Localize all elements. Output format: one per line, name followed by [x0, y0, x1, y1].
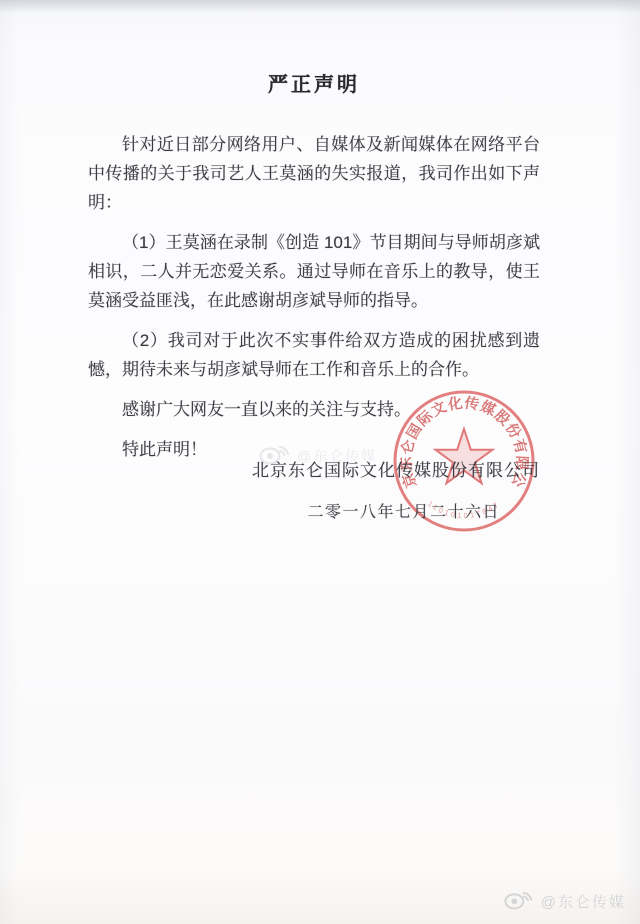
photo-left-shadow [0, 0, 20, 924]
paragraph-intro: 针对近日部分网络用户、自媒体及新闻媒体在网络平台中传播的关于我司艺人王莫涵的失实… [88, 130, 540, 217]
weibo-logo-icon [503, 886, 535, 916]
paragraph-point-1: （1）王莫涵在录制《创造 101》节目期间与导师胡彦斌相识，二人并无恋爱关系。通… [88, 228, 540, 315]
signature-date: 二零一八年七月二十六日 [307, 499, 500, 522]
photo-top-shadow [0, 0, 640, 14]
signature-company-name: 北京东仑国际文化传媒股份有限公司 [252, 456, 540, 481]
statement-document-photo: 严正声明 针对近日部分网络用户、自媒体及新闻媒体在网络平台中传播的关于我司艺人王… [0, 0, 640, 924]
weibo-watermark-corner: @东仑传媒 [503, 886, 626, 916]
statement-title: 严正声明 [0, 68, 628, 97]
photo-right-shadow [614, 0, 640, 924]
paragraph-point-2: （2）我司对于此次不实事件给双方造成的困扰感到遗憾，期待未来与胡彦斌导师在工作和… [88, 326, 540, 384]
weibo-handle-text: @东仑传媒 [541, 891, 626, 912]
